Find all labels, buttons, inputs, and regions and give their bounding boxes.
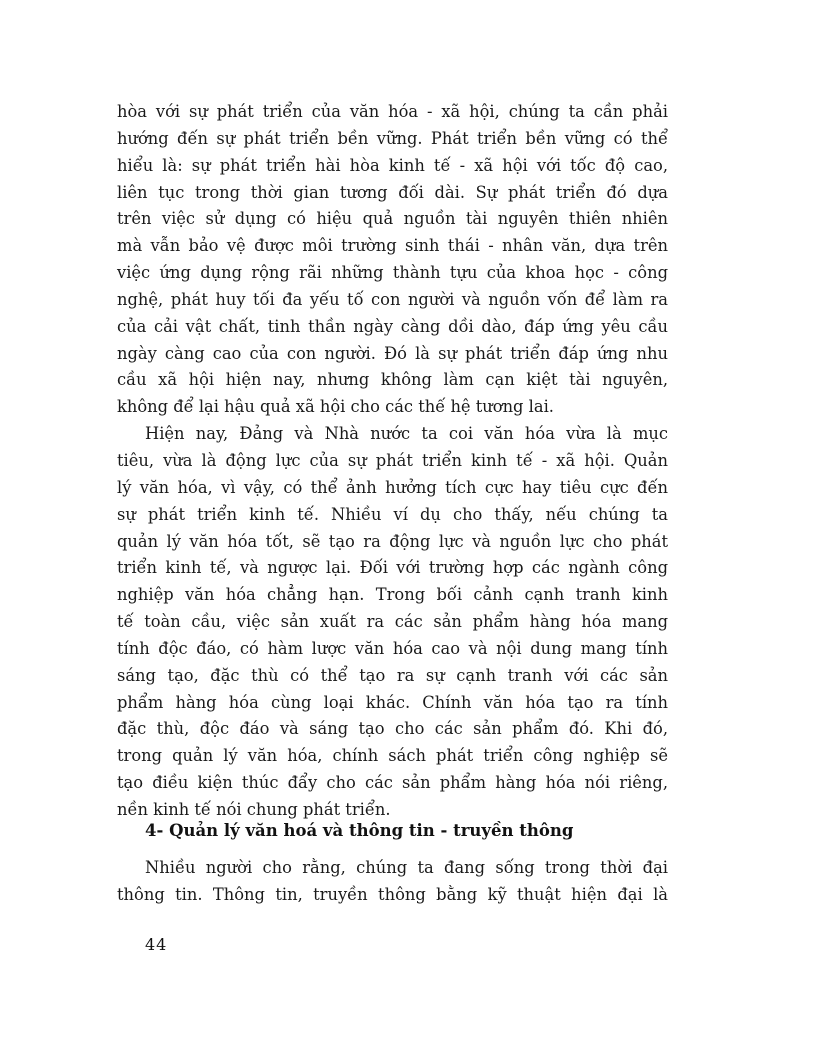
paragraph-1: hòa với sự phát triển của văn hóa - xã h… xyxy=(117,99,668,421)
text-line: sự phát triển kinh tế. Nhiều ví dụ cho t… xyxy=(117,502,668,529)
text-line: tính độc đáo, có hàm lược văn hóa cao và… xyxy=(117,636,668,663)
text-line: lý văn hóa, vì vậy, có thể ảnh hưởng tíc… xyxy=(117,475,668,502)
text-line: trên việc sử dụng có hiệu quả nguồn tài … xyxy=(117,206,668,233)
text-line: triển kinh tế, và ngược lại. Đối với trư… xyxy=(117,555,668,582)
document-page: hòa với sự phát triển của văn hóa - xã h… xyxy=(0,0,816,1056)
text-line: liên tục trong thời gian tương đối dài. … xyxy=(117,180,668,207)
text-line: Hiện nay, Đảng và Nhà nước ta coi văn hó… xyxy=(117,421,668,448)
text-line: đặc thù, độc đáo và sáng tạo cho các sản… xyxy=(117,716,668,743)
text-line: hòa với sự phát triển của văn hóa - xã h… xyxy=(117,99,668,126)
text-line: không để lại hậu quả xã hội cho các thế … xyxy=(117,394,668,421)
text-line: tế toàn cầu, việc sản xuất ra các sản ph… xyxy=(117,609,668,636)
text-line: việc ứng dụng rộng rãi những thành tựu c… xyxy=(117,260,668,287)
text-line: cầu xã hội hiện nay, nhưng không làm cạn… xyxy=(117,367,668,394)
text-line: quản lý văn hóa tốt, sẽ tạo ra động lực … xyxy=(117,529,668,556)
paragraph-2: Hiện nay, Đảng và Nhà nước ta coi văn hó… xyxy=(117,421,668,824)
text-line: phẩm hàng hóa cùng loại khác. Chính văn … xyxy=(117,690,668,717)
text-line: nghệ, phát huy tối đa yếu tố con người v… xyxy=(117,287,668,314)
text-line: nghiệp văn hóa chẳng hạn. Trong bối cảnh… xyxy=(117,582,668,609)
text-line: của cải vật chất, tinh thần ngày càng dồ… xyxy=(117,314,668,341)
text-line: mà vẫn bảo vệ được môi trường sinh thái … xyxy=(117,233,668,260)
text-line: hiểu là: sự phát triển hài hòa kinh tế -… xyxy=(117,153,668,180)
text-line: tạo điều kiện thúc đẩy cho các sản phẩm … xyxy=(117,770,668,797)
text-line: hướng đến sự phát triển bền vững. Phát t… xyxy=(117,126,668,153)
body-text: hòa với sự phát triển của văn hóa - xã h… xyxy=(117,99,668,824)
text-line: ngày càng cao của con người. Đó là sự ph… xyxy=(117,341,668,368)
text-line: thông tin. Thông tin, truyền thông bằng … xyxy=(117,882,668,909)
page-number: 44 xyxy=(145,935,167,954)
text-line: trong quản lý văn hóa, chính sách phát t… xyxy=(117,743,668,770)
text-line: Nhiều người cho rằng, chúng ta đang sống… xyxy=(117,855,668,882)
text-line: tiêu, vừa là động lực của sự phát triển … xyxy=(117,448,668,475)
text-line: sáng tạo, đặc thù có thể tạo ra sự cạnh … xyxy=(117,663,668,690)
section-body-text: Nhiều người cho rằng, chúng ta đang sống… xyxy=(117,855,668,909)
section-heading: 4- Quản lý văn hoá và thông tin - truyền… xyxy=(145,818,665,844)
